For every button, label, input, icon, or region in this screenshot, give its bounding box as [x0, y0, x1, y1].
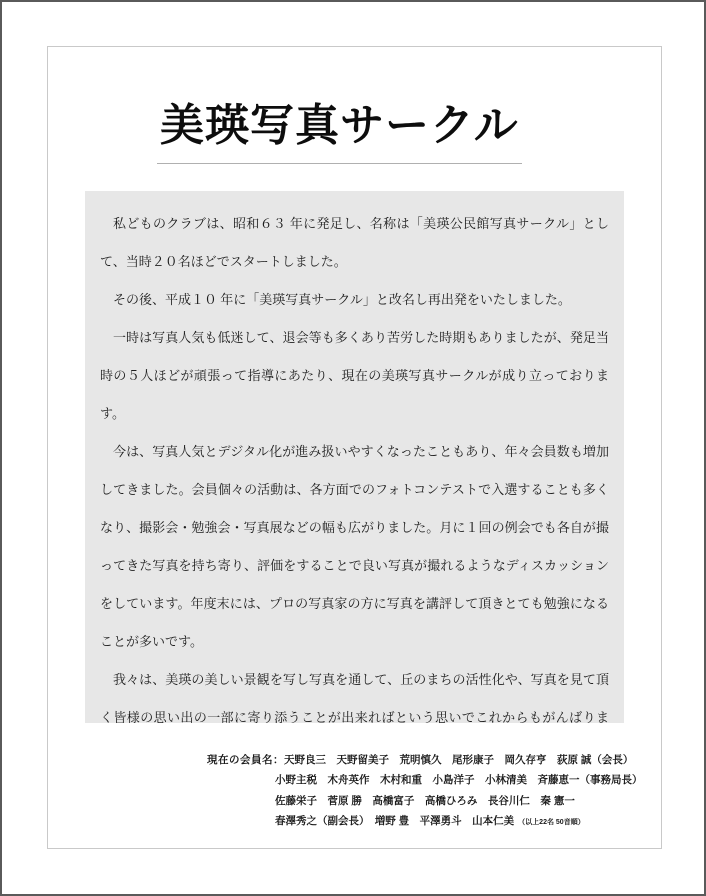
- members-line: 春澤秀之（副会長） 増野 豊 平澤勇斗 山本仁美（以上22名 50音順）: [207, 811, 643, 833]
- intro-paragraph: その後、平成１０ 年に「美瑛写真サークル」と改名し再出発をいたしました。: [100, 281, 609, 319]
- intro-paragraph: 我々は、美瑛の美しい景観を写し写真を通して、丘のまちの活性化や、写真を見て頂く皆…: [100, 661, 609, 723]
- intro-paragraph: 今は、写真人気とデジタル化が進み扱いやすくなったこともあり、年々会員数も増加して…: [100, 433, 609, 661]
- members-names: 春澤秀之（副会長） 増野 豊 平澤勇斗 山本仁美: [275, 815, 514, 827]
- members-line: 佐藤栄子 菅原 勝 高橋富子 高橋ひろみ 長谷川仁 秦 憲一: [207, 791, 643, 811]
- members-names: 天野良三 天野留美子 荒明慎久 尾形康子 岡久存亨 荻原 誠（会長）: [284, 754, 633, 766]
- title-block: 美瑛写真サークル: [157, 98, 522, 164]
- page-title: 美瑛写真サークル: [157, 98, 522, 164]
- document-page: 美瑛写真サークル 私どものクラブは、昭和６３ 年に発足し、名称は「美瑛公民館写真…: [0, 0, 706, 896]
- intro-paragraph: 私どものクラブは、昭和６３ 年に発足し、名称は「美瑛公民館写真サークル」として、…: [100, 205, 609, 281]
- intro-paragraph: 一時は写真人気も低迷して、退会等も多くあり苦労した時期もありましたが、発足当時の…: [100, 319, 609, 433]
- members-count-note: （以上22名 50音順）: [518, 819, 585, 826]
- members-line: 現在の会員名：天野良三 天野留美子 荒明慎久 尾形康子 岡久存亨 荻原 誠（会長…: [207, 750, 643, 770]
- members-label: 現在の会員名：: [207, 754, 284, 766]
- members-list: 現在の会員名：天野良三 天野留美子 荒明慎久 尾形康子 岡久存亨 荻原 誠（会長…: [207, 750, 643, 834]
- intro-box: 私どものクラブは、昭和６３ 年に発足し、名称は「美瑛公民館写真サークル」として、…: [85, 191, 624, 723]
- members-line: 小野主税 木舟英作 木村和重 小島洋子 小林清美 斉藤恵一（事務局長）: [207, 770, 643, 790]
